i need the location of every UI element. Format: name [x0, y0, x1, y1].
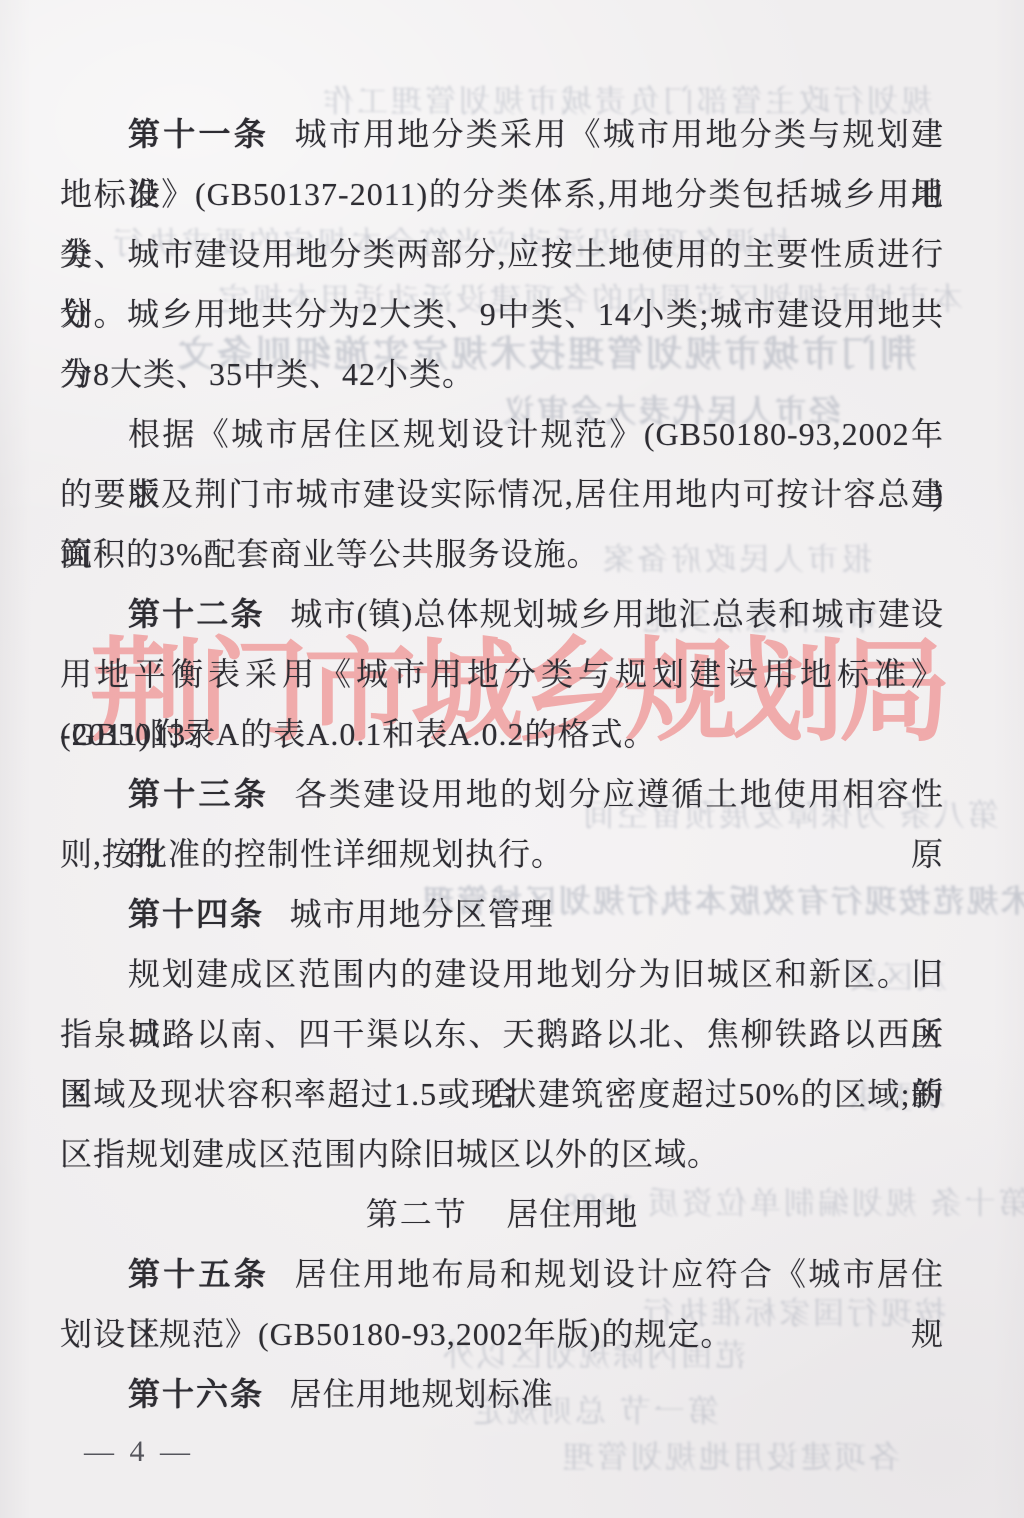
doc-line: 第十四条城市用地分区管理 — [60, 884, 944, 944]
line-text: 居住用地规划标准 — [290, 1376, 554, 1412]
doc-line: 第十三条各类建设用地的划分应遵循土地使用相容性的原 — [60, 764, 944, 824]
document-body: 第十一条城市用地分类采用《城市用地分类与规划建设用 地标准》(GB50137-2… — [60, 104, 944, 1424]
scanned-document-page: { "page": { "number": "— 4 —", "watermar… — [0, 0, 1024, 1518]
article-number: 第十三条 — [128, 776, 269, 812]
line-text: 则,按批准的控制性详细规划执行。 — [60, 836, 564, 872]
doc-line: 指泉口路以南、四干渠以东、天鹅路以北、焦柳铁路以西所围合的 — [60, 1004, 944, 1064]
doc-line: 第十五条居住用地布局和规划设计应符合《城市居住区规 — [60, 1244, 944, 1304]
page-number: — 4 — — [84, 1434, 194, 1470]
line-text: 城市用地分区管理 — [290, 896, 554, 932]
doc-line: 第十六条居住用地规划标准 — [60, 1364, 944, 1424]
doc-line: 分。城乡用地共分为2大类、9中类、14小类;城市建设用地共分 — [60, 284, 944, 344]
doc-line: -2011)附录A的表A.0.1和表A.0.2的格式。 — [60, 704, 944, 764]
line-text: -2011)附录A的表A.0.1和表A.0.2的格式。 — [60, 716, 656, 752]
doc-line: 地标准》(GB50137-2011)的分类体系,用地分类包括城乡用地分 — [60, 164, 944, 224]
article-number: 第十四条 — [128, 896, 264, 932]
article-number: 第十一条 — [128, 116, 269, 152]
article-number: 第十二条 — [128, 596, 265, 632]
section-number: 第二节 — [366, 1196, 468, 1232]
line-text: 城市(镇)总体规划城乡用地汇总表和城市建设 — [290, 596, 944, 632]
article-number: 第十六条 — [128, 1376, 264, 1412]
doc-line: 面积的3%配套商业等公共服务设施。 — [60, 524, 944, 584]
ghost-text: 各项建设用地规划管理 — [560, 1438, 900, 1478]
doc-line: 区域及现状容积率超过1.5或现状建筑密度超过50%的区域;新 — [60, 1064, 944, 1124]
line-text: 区域及现状容积率超过1.5或现状建筑密度超过50%的区域;新 — [60, 1076, 944, 1112]
doc-line: 的要求及荆门市城市建设实际情况,居住用地内可按计容总建筑 — [60, 464, 944, 524]
line-text: 为8大类、35中类、42小类。 — [60, 356, 475, 392]
doc-line: 根据《城市居住区规划设计规范》(GB50180-93,2002年版) — [60, 404, 944, 464]
doc-line: 第十一条城市用地分类采用《城市用地分类与规划建设用 — [60, 104, 944, 164]
article-number: 第十五条 — [128, 1256, 269, 1292]
line-text: 区指规划建成区范围内除旧城区以外的区域。 — [60, 1136, 720, 1172]
doc-line: 规划建成区范围内的建设用地划分为旧城区和新区。旧城区 — [60, 944, 944, 1004]
section-title: 居住用地 — [506, 1196, 638, 1232]
doc-line: 为8大类、35中类、42小类。 — [60, 344, 944, 404]
doc-line: 第十二条城市(镇)总体规划城乡用地汇总表和城市建设 — [60, 584, 944, 644]
doc-line: 区指规划建成区范围内除旧城区以外的区域。 — [60, 1124, 944, 1184]
doc-line: 用地平衡表采用《城市用地分类与规划建设用地标准》(GB50137 — [60, 644, 944, 704]
line-text: 面积的3%配套商业等公共服务设施。 — [60, 536, 600, 572]
doc-line: 类、城市建设用地分类两部分,应按土地使用的主要性质进行划 — [60, 224, 944, 284]
section-heading: 第二节居住用地 — [60, 1184, 944, 1244]
line-text: 划设计规范》(GB50180-93,2002年版)的规定。 — [60, 1316, 733, 1352]
